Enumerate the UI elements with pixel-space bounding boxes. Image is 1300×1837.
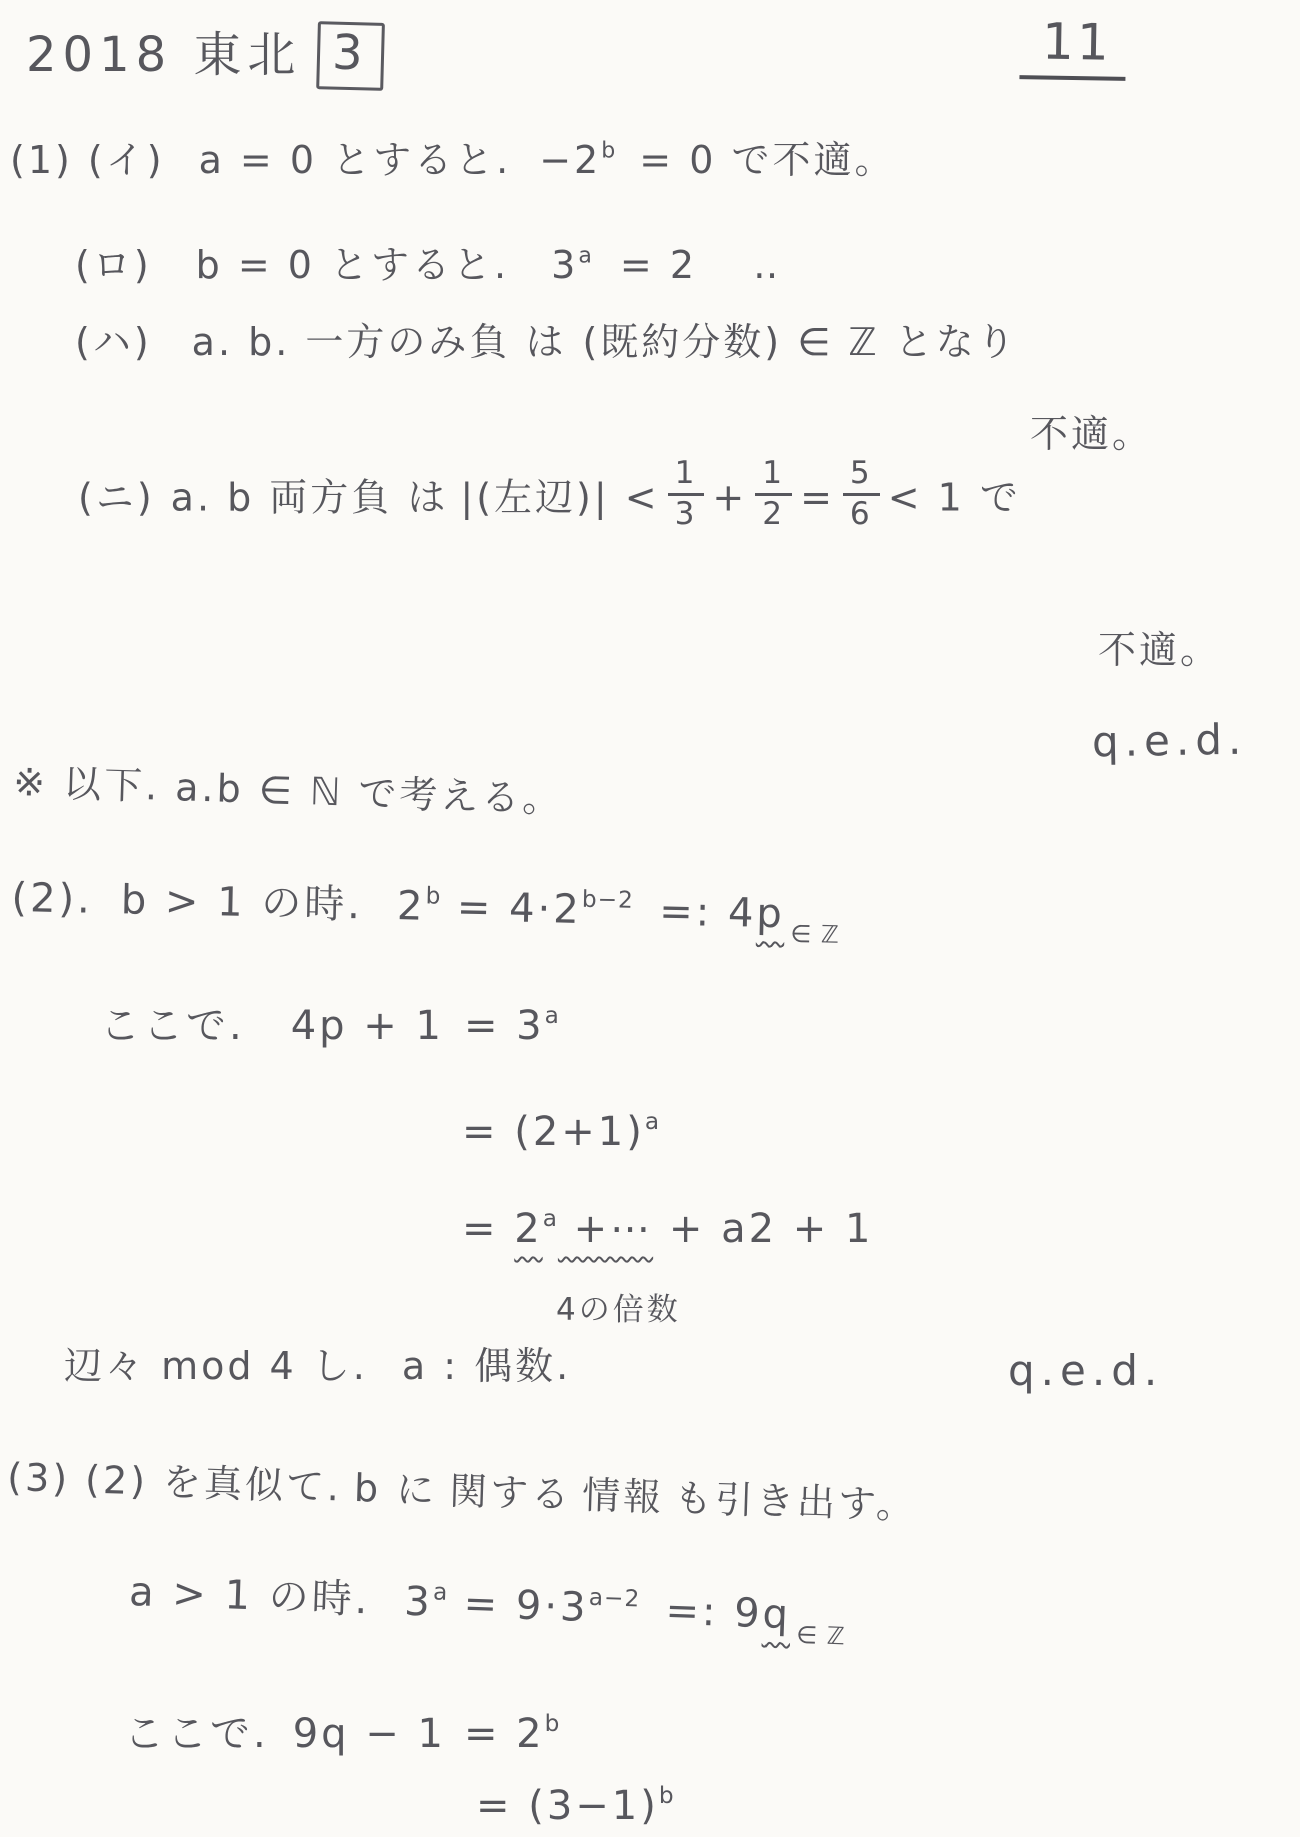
- unsuitable-note-1: 不適。: [1030, 412, 1153, 458]
- math-text: b に: [353, 1466, 438, 1513]
- page-number: 11: [1019, 11, 1126, 81]
- math-text: b > 1 の時.: [120, 877, 363, 928]
- math-text: (ロ): [75, 243, 152, 287]
- multiple-of-4-label: 4の倍数: [556, 1292, 681, 1329]
- superscript: a: [545, 1002, 560, 1030]
- superscript: a: [578, 244, 593, 270]
- math-text: + a2 + 1: [653, 1206, 873, 1252]
- fraction-numerator: 5: [843, 456, 880, 496]
- math-text: ‥: [753, 243, 781, 287]
- math-text: (ニ): [78, 475, 155, 519]
- math-text: (3) (2) を真似て.: [7, 1455, 343, 1509]
- math-text: a : 偶数.: [402, 1344, 571, 1388]
- math-text: |(左辺)| <: [460, 475, 659, 519]
- fraction-numerator: 1: [668, 456, 705, 496]
- math-text: 情報: [581, 1473, 664, 1520]
- math-text: ここで.: [100, 1003, 245, 1049]
- solution-line-1-ha: (ハ)a. b. 一方のみ負 は(既約分数) ∈ ℤ となり: [75, 320, 1018, 366]
- solution-line-1-i: (1) (イ)a = 0 とすると.−2b = 0 で不適。: [10, 138, 895, 184]
- solution-line-1-ro: (ロ)b = 0 とすると.3a = 2‥: [75, 243, 781, 289]
- fraction: 12: [755, 456, 792, 532]
- fraction-denominator: 3: [668, 496, 705, 532]
- solution-line-1-ni: (ニ)a. b 両方負 は|(左辺)| <13+12=56< 1 で: [78, 462, 1021, 538]
- math-text: = (2+1): [462, 1109, 645, 1155]
- wavy-underline-group: q: [762, 1591, 792, 1638]
- math-text: q: [762, 1591, 792, 1638]
- superscript: a−2: [588, 1584, 640, 1614]
- assumption-note: ※ 以下. a.b ∈ ℕ で考える。: [13, 760, 565, 823]
- math-text: = 4·2: [441, 884, 582, 933]
- math-text: ここで.: [124, 1711, 269, 1757]
- problem-number-box: 3: [317, 21, 385, 90]
- solution-line-2-conclusion: 辺々 mod 4 し.a : 偶数.: [64, 1344, 571, 1390]
- math-text: 3: [404, 1579, 434, 1626]
- math-text: (既約分数) ∈ ℤ となり: [582, 320, 1017, 364]
- solution-line-2-start: (2).b > 1 の時.2b = 4·2b−2 =: 4p∈ ℤ: [11, 874, 841, 939]
- math-text: = 3: [464, 1003, 545, 1049]
- math-text: (2).: [11, 875, 93, 923]
- superscript: b: [425, 882, 441, 910]
- math-text: a. b. 一方のみ負 は: [192, 320, 567, 364]
- math-text: −2: [539, 138, 601, 182]
- superscript: b: [601, 139, 616, 165]
- page-title: 2018 東北3: [26, 24, 384, 92]
- math-text: b = 0 とすると.: [196, 243, 509, 287]
- spacer: [370, 1613, 404, 1614]
- superscript: b−2: [582, 886, 634, 915]
- math-text: +⋯: [558, 1206, 653, 1252]
- math-text: p: [756, 891, 785, 938]
- qed-mark-2: q.e.d.: [1008, 1346, 1163, 1396]
- unsuitable-note-2: 不適。: [1098, 628, 1221, 674]
- math-text: a = 0 とすると.: [199, 138, 512, 182]
- fraction-denominator: 2: [755, 496, 792, 532]
- fraction-denominator: 6: [843, 496, 880, 532]
- superscript: b: [659, 1782, 675, 1810]
- superscript: a: [433, 1578, 449, 1606]
- math-text: 辺々 mod 4 し.: [64, 1344, 368, 1388]
- qed-mark-1: q.e.d.: [1092, 715, 1248, 768]
- solution-line-3-case: a > 1 の時.3a = 9·3a−2 =: 9q∈ ℤ: [128, 1568, 847, 1641]
- solution-line-3-equation: ここで.9q − 1= 2b: [124, 1710, 560, 1758]
- math-text: 4p + 1: [291, 1003, 444, 1049]
- spacer: [363, 918, 397, 919]
- spacer: [93, 913, 121, 914]
- fraction: 56: [843, 456, 880, 532]
- handwritten-math-solution-page: 2018 東北3 11 (1) (イ)a = 0 とすると.−2b = 0 で不…: [0, 0, 1300, 1837]
- math-text: =: [462, 1206, 514, 1252]
- solution-line-3-start: (3) (2) を真似て.b に関する情報も引き出す。: [7, 1455, 918, 1529]
- math-text: =: 9: [649, 1587, 763, 1637]
- superscript: a: [543, 1205, 558, 1233]
- math-text: +: [712, 475, 747, 519]
- math-text: (ハ): [75, 320, 152, 364]
- math-text: も引き出す。: [673, 1476, 917, 1528]
- math-text: = 2: [464, 1711, 545, 1757]
- math-text: =: [800, 475, 835, 519]
- solution-line-2-equation: ここで.4p + 1= 3a: [100, 1002, 560, 1050]
- math-text: 9q − 1: [293, 1711, 446, 1757]
- math-text: 2: [514, 1206, 542, 1252]
- math-text: 関する: [449, 1469, 573, 1517]
- math-text: = (3−1): [476, 1783, 659, 1829]
- solution-line-2-expansion-2: = 2a +⋯ + a2 + 1: [462, 1205, 873, 1253]
- superscript: a: [645, 1108, 660, 1136]
- exam-year-title: 2018 東北: [26, 27, 301, 83]
- solution-line-3-expansion: = (3−1)b: [476, 1782, 675, 1830]
- math-text: < 1 で: [888, 475, 1021, 519]
- subscript-membership: ∈ ℤ: [790, 920, 840, 950]
- fraction-numerator: 1: [755, 456, 792, 496]
- math-text: 3: [551, 243, 578, 287]
- superscript: b: [545, 1710, 561, 1738]
- math-text: = 2: [605, 243, 697, 287]
- subscript-membership: ∈ ℤ: [796, 1621, 846, 1652]
- math-text: 2: [397, 883, 426, 930]
- fraction: 13: [668, 456, 705, 532]
- math-text: (1) (イ): [10, 138, 165, 182]
- math-text: = 0 で不適。: [624, 138, 895, 182]
- wavy-underline-group: 2a +⋯: [514, 1206, 653, 1252]
- math-text: a. b 両方負 は: [171, 475, 449, 519]
- wavy-underline-group: p: [756, 891, 785, 938]
- math-text: =: 4: [643, 888, 757, 936]
- solution-line-2-expansion-1: = (2+1)a: [462, 1108, 660, 1156]
- math-text: = 9·3: [447, 1580, 589, 1631]
- math-text: a > 1 の時.: [128, 1569, 371, 1623]
